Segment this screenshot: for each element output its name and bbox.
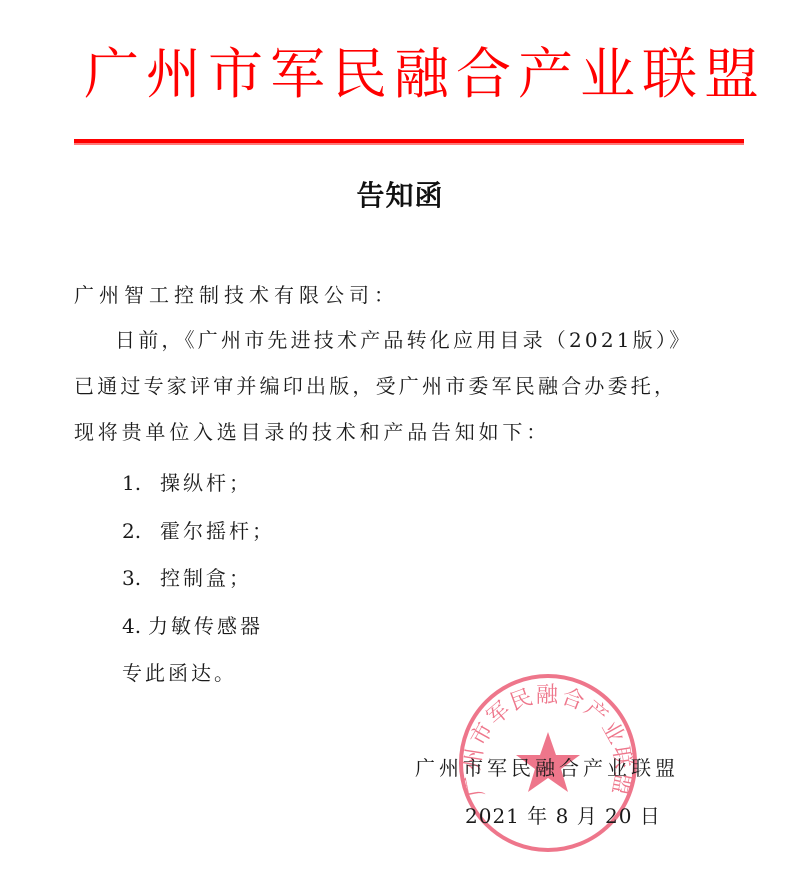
list-item: 4.力敏传感器 (122, 611, 263, 641)
list-item-text: 力敏传感器 (148, 614, 263, 638)
letterhead-title: 广州市军民融合产业联盟 (84, 34, 724, 114)
list-item-text: 霍尔摇杆； (160, 519, 275, 543)
list-item-text: 操纵杆； (160, 471, 252, 495)
letterhead-rule-shadow (74, 143, 744, 145)
list-item-number: 2. (122, 516, 160, 546)
list-item-text: 控制盒； (160, 566, 252, 590)
signature-organization: 广州市军民融合产业联盟 (415, 753, 679, 783)
list-item: 2.霍尔摇杆； (122, 516, 275, 546)
list-item-number: 1. (122, 468, 160, 498)
addressee: 广州智工控制技术有限公司： (74, 280, 399, 310)
signature-date: 2021 年 8 月 20 日 (465, 801, 661, 831)
list-item-number: 4. (122, 611, 148, 641)
body-paragraph-line-1: 日前，《广州市先进技术产品转化应用目录（2021版）》 (115, 325, 692, 355)
document-heading: 告知函 (0, 176, 800, 216)
body-paragraph-line-3: 现将贵单位入选目录的技术和产品告知如下： (74, 417, 550, 447)
closing-line: 专此函达。 (122, 658, 237, 688)
list-item: 1.操纵杆； (122, 468, 252, 498)
body-paragraph-line-2: 已通过专家评审并编印出版，受广州市委军民融合办委托， (74, 371, 677, 401)
list-item: 3.控制盒； (122, 563, 252, 593)
list-item-number: 3. (122, 563, 160, 593)
